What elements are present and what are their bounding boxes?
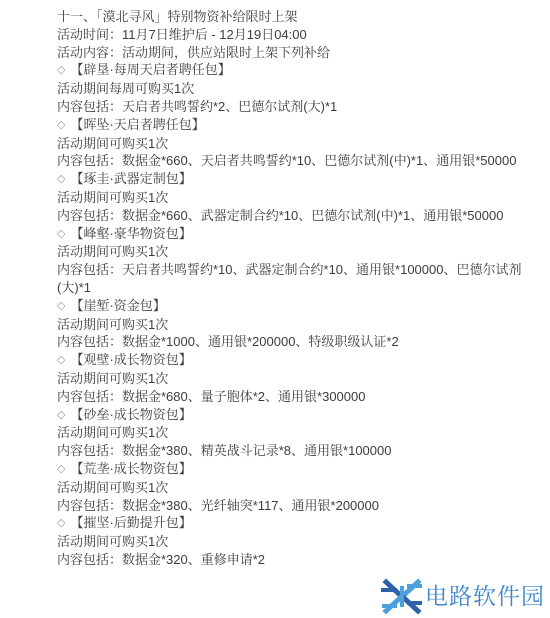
package-contents: 内容包括：天启者共鸣誓约*10、武器定制合约*10、通用银*100000、巴德尔… [57, 261, 538, 297]
diamond-bullet-icon: ◇ [57, 517, 65, 529]
package-name: 【辟垦·每周天启者聘任包】 [70, 62, 230, 77]
package-name: 【荒垄·成长物资包】 [70, 461, 191, 476]
diamond-bullet-icon: ◇ [57, 409, 65, 421]
package-name-line: ◇【观壁·成长物资包】 [57, 351, 538, 370]
package-purchase-limit: 活动期间可购买1次 [57, 533, 538, 551]
package-name: 【砂垒·成长物资包】 [70, 407, 191, 422]
diamond-bullet-icon: ◇ [57, 228, 65, 240]
section-title: 十一、「漠北寻风」特别物资补给限时上架 [57, 8, 538, 26]
package-purchase-limit: 活动期间可购买1次 [57, 316, 538, 334]
package-name-line: ◇【峰壑·豪华物资包】 [57, 225, 538, 244]
package-name: 【晖坠·天启者聘任包】 [70, 117, 204, 132]
package-contents: 内容包括：天启者共鸣誓约*2、巴德尔试剂(大)*1 [57, 98, 538, 116]
package-contents: 内容包括：数据金*660、天启者共鸣誓约*10、巴德尔试剂(中)*1、通用银*5… [57, 152, 538, 170]
diamond-bullet-icon: ◇ [57, 173, 65, 185]
snowflake-circuit-logo-icon [381, 578, 422, 615]
package-name: 【崖堑·资金包】 [70, 298, 165, 313]
package-purchase-limit: 活动期间可购买1次 [57, 243, 538, 261]
package-contents: 内容包括：数据金*680、量子胞体*2、通用银*300000 [57, 388, 538, 406]
activity-content-line: 活动内容：活动期间，供应站限时上架下列补给 [57, 44, 538, 62]
package-name: 【摧坚·后勤提升包】 [70, 515, 191, 530]
diamond-bullet-icon: ◇ [57, 300, 65, 312]
package-purchase-limit: 活动期间可购买1次 [57, 424, 538, 442]
diamond-bullet-icon: ◇ [57, 64, 65, 76]
package-purchase-limit: 活动期间可购买1次 [57, 479, 538, 497]
diamond-bullet-icon: ◇ [57, 354, 65, 366]
package-name-line: ◇【崖堑·资金包】 [57, 297, 538, 316]
diamond-bullet-icon: ◇ [57, 119, 65, 131]
package-name-line: ◇【琢圭·武器定制包】 [57, 170, 538, 189]
announcement-document: 十一、「漠北寻风」特别物资补给限时上架 活动时间：11月7日维护后 - 12月1… [0, 0, 550, 569]
package-contents: 内容包括：数据金*1000、通用银*200000、特级职级认证*2 [57, 333, 538, 351]
package-name: 【观壁·成长物资包】 [70, 352, 191, 367]
package-name: 【琢圭·武器定制包】 [70, 171, 191, 186]
package-name-line: ◇【辟垦·每周天启者聘任包】 [57, 61, 538, 80]
package-purchase-limit: 活动期间可购买1次 [57, 189, 538, 207]
package-contents: 内容包括：数据金*380、光纤轴突*117、通用银*200000 [57, 497, 538, 515]
package-name-line: ◇【摧坚·后勤提升包】 [57, 514, 538, 533]
package-purchase-limit: 活动期间每周可购买1次 [57, 80, 538, 98]
package-name-line: ◇【砂垒·成长物资包】 [57, 406, 538, 425]
package-name-line: ◇【晖坠·天启者聘任包】 [57, 116, 538, 135]
package-purchase-limit: 活动期间可购买1次 [57, 370, 538, 388]
package-name-line: ◇【荒垄·成长物资包】 [57, 460, 538, 479]
package-name: 【峰壑·豪华物资包】 [70, 226, 191, 241]
diamond-bullet-icon: ◇ [57, 463, 65, 475]
site-watermark: 电路软件园 [381, 578, 545, 615]
package-contents: 内容包括：数据金*660、武器定制合约*10、巴德尔试剂(中)*1、通用银*50… [57, 207, 538, 225]
package-contents: 内容包括：数据金*380、精英战斗记录*8、通用银*100000 [57, 442, 538, 460]
site-name: 电路软件园 [425, 585, 545, 608]
activity-time-line: 活动时间：11月7日维护后 - 12月19日04:00 [57, 26, 538, 44]
package-list: ◇【辟垦·每周天启者聘任包】 活动期间每周可购买1次 内容包括：天启者共鸣誓约*… [57, 61, 538, 568]
package-purchase-limit: 活动期间可购买1次 [57, 135, 538, 153]
package-contents: 内容包括：数据金*320、重修申请*2 [57, 551, 538, 569]
